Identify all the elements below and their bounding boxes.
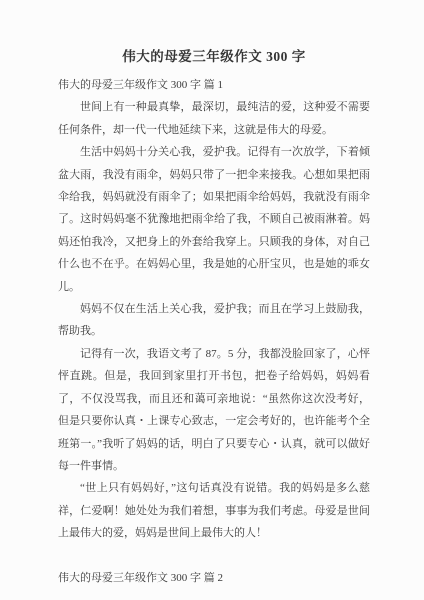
paragraph-5: “世上只有妈妈好，”这句话真没有说错。我的妈妈是多么慈祥，仁爱啊！她处处为我们着… — [58, 477, 370, 544]
section-2-heading: 伟大的母爱三年级作文 300 字 篇 2 — [58, 567, 370, 589]
document-body: 世间上有一种最真挚，最深切，最纯洁的爱，这种爱不需要任何条件，却一代一代地延续下… — [58, 96, 370, 544]
paragraph-4: 记得有一次，我语文考了 87。5 分，我都没脸回家了，心怦怦直跳。但是，我回到家… — [58, 343, 370, 477]
paragraph-1: 世间上有一种最真挚，最深切，最纯洁的爱，这种爱不需要任何条件，却一代一代地延续下… — [58, 96, 370, 141]
document-page: 伟大的母爱三年级作文 300 字 伟大的母爱三年级作文 300 字 篇 1 世间… — [0, 0, 424, 600]
section-1-heading: 伟大的母爱三年级作文 300 字 篇 1 — [58, 74, 370, 96]
document-title: 伟大的母爱三年级作文 300 字 — [58, 46, 370, 68]
paragraph-2: 生活中妈妈十分关心我，爱护我。记得有一次放学，下着倾盆大雨，我没有雨伞，妈妈只带… — [58, 141, 370, 298]
paragraph-3: 妈妈不仅在生活上关心我，爱护我；而且在学习上鼓励我，帮助我。 — [58, 298, 370, 343]
